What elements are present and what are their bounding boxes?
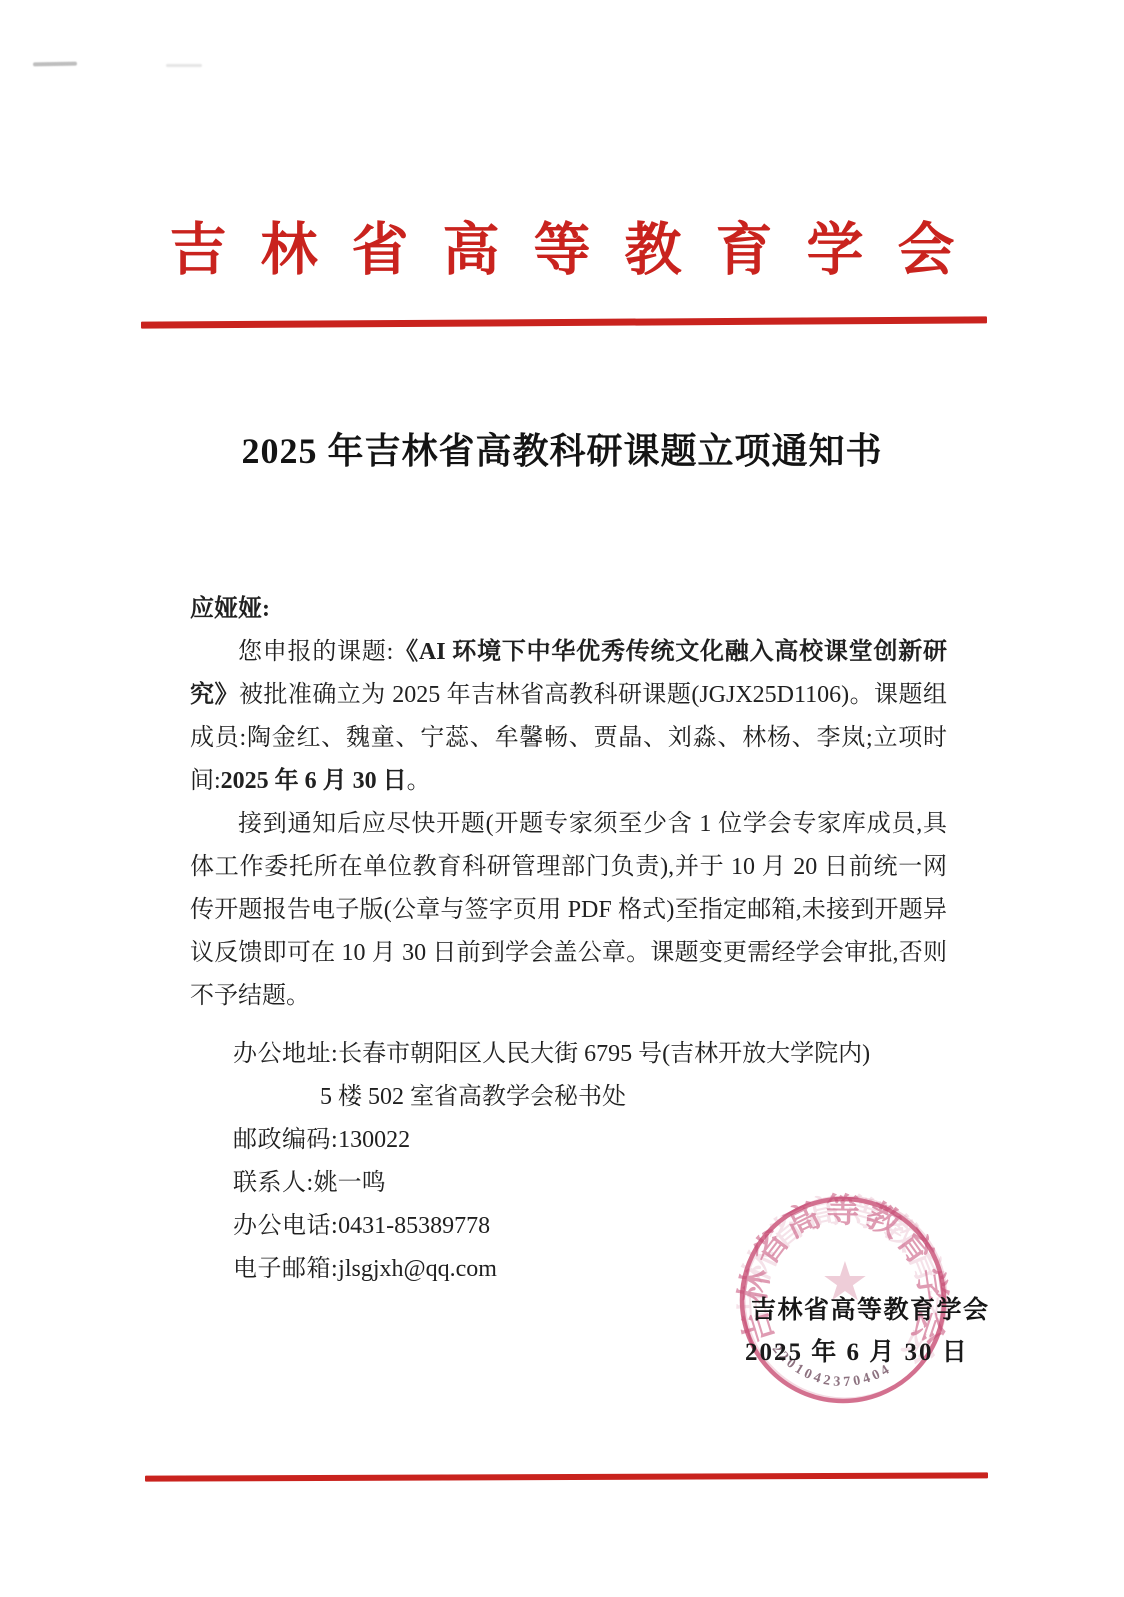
address-value: 长春市朝阳区人民大街 6795 号(吉林开放大学院内) [338,1041,870,1067]
scan-smudge [166,64,202,67]
phone-label: 办公电话: [233,1213,338,1239]
contact-address-line2: 5 楼 502 室省高教学会秘书处 [233,1076,947,1119]
person-value: 姚一鸣 [314,1170,386,1196]
letter-page: 吉林省高等教育学会 2025 年吉林省高教科研课题立项通知书 应娅娅: 您申报的… [0,0,1124,1597]
para1-tail: 。 [407,768,431,794]
postcode-value: 130022 [338,1127,410,1153]
footer-rule [145,1472,988,1481]
phone-value: 0431-85389778 [338,1213,490,1239]
paragraph-approval: 您申报的课题:《AI 环境下中华优秀传统文化融入高校课堂创新研究》被批准确立为 … [190,631,947,803]
document-title: 2025 年吉林省高教科研课题立项通知书 [0,423,1124,474]
contact-postcode: 邮政编码:130022 [233,1119,947,1162]
salutation: 应娅娅: [190,588,947,631]
contact-address: 办公地址:长春市朝阳区人民大街 6795 号(吉林开放大学院内) [233,1033,947,1076]
email-label: 电子邮箱: [233,1256,338,1282]
letterhead-rule [141,316,987,328]
letter-body: 应娅娅: 您申报的课题:《AI 环境下中华优秀传统文化融入高校课堂创新研究》被批… [190,588,947,1291]
approval-date: 2025 年 6 月 30 日 [221,768,407,794]
scan-smudge [33,62,77,67]
letterhead-org-name: 吉林省高等教育学会 [0,204,1124,286]
address-label: 办公地址: [233,1041,338,1067]
postcode-label: 邮政编码: [233,1127,338,1153]
person-label: 联系人: [233,1170,314,1196]
para1-lead: 您申报的课题: [238,639,393,665]
email-value: jlsgjxh@qq.com [338,1256,497,1282]
paragraph-instructions: 接到通知后应尽快开题(开题专家须至少含 1 位学会专家库成员,具体工作委托所在单… [190,803,947,1018]
signature-org-name: 吉林省高等教育学会 [751,1290,990,1326]
signature-date: 2025 年 6 月 30 日 [745,1332,969,1368]
